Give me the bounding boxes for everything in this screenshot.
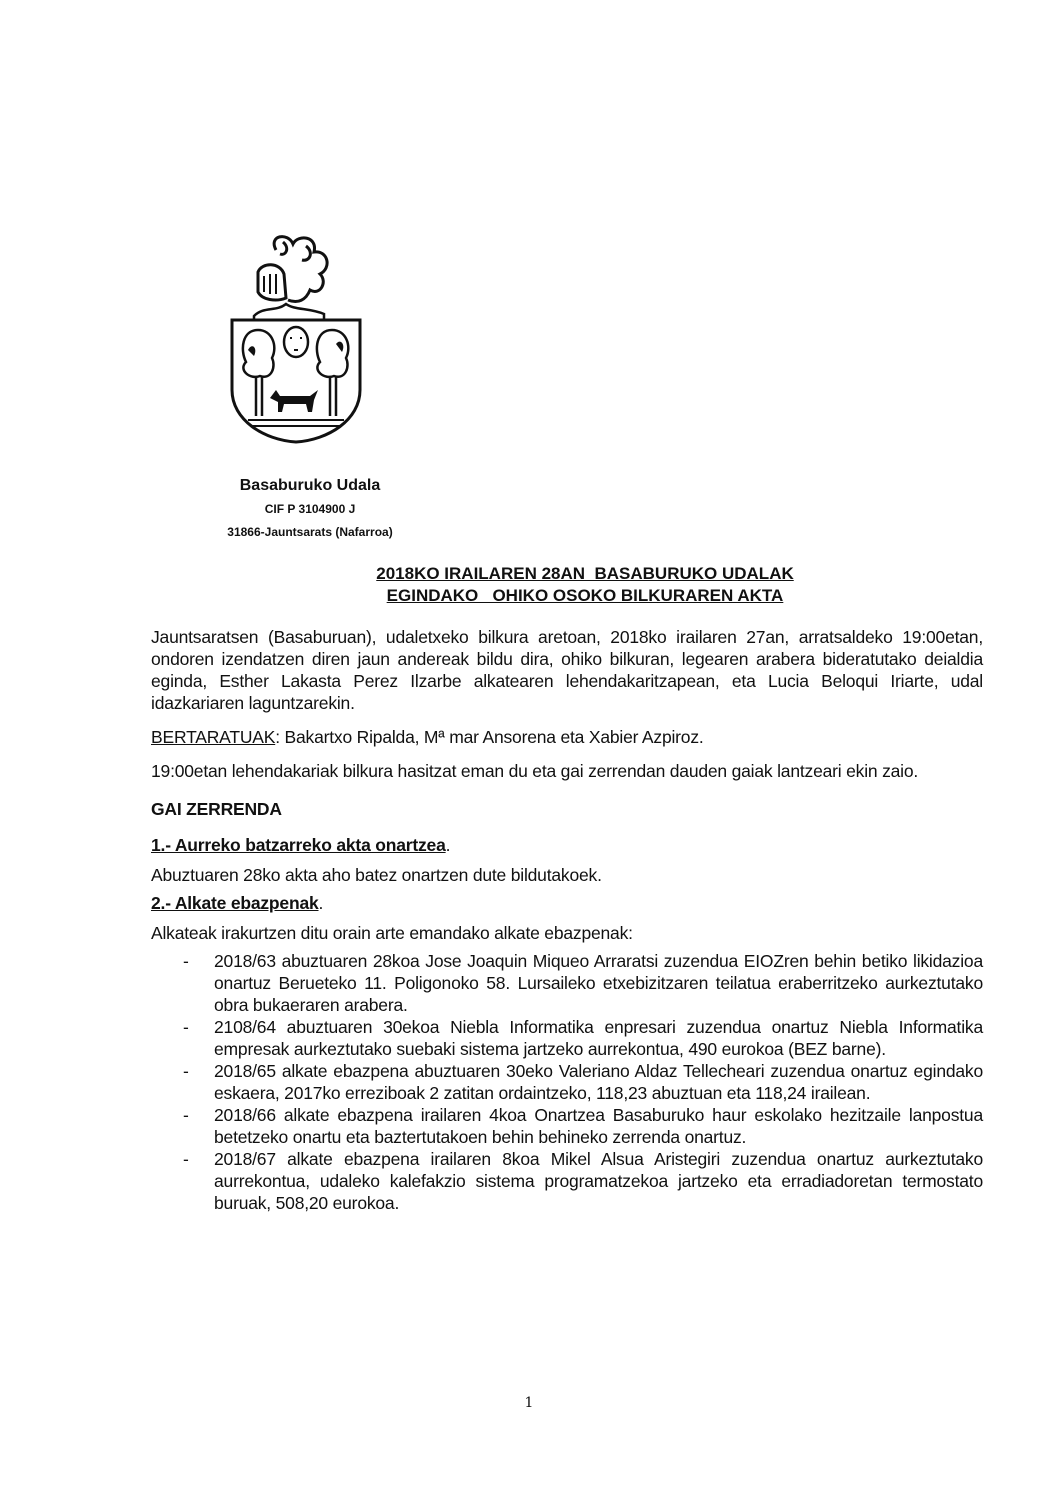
intro-paragraph: Jauntsaratsen (Basaburuan), udaletxeko b… bbox=[151, 626, 983, 714]
document-title: 2018KO IRAILAREN 28AN BASABURUKO UDALAK … bbox=[300, 563, 870, 607]
list-item: -2018/63 abuztuaren 28koa Jose Joaquin M… bbox=[151, 950, 983, 1016]
agenda-item-2-text: Alkateak irakurtzen ditu orain arte eman… bbox=[151, 922, 983, 944]
list-item: -2018/66 alkate ebazpena irailaren 4koa … bbox=[151, 1104, 983, 1148]
list-item: -2108/64 abuztuaren 30ekoa Niebla Inform… bbox=[151, 1016, 983, 1060]
title-line-2: EGINDAKO OHIKO OSOKO BILKURAREN AKTA bbox=[300, 585, 870, 607]
document-body: Jauntsaratsen (Basaburuan), udaletxeko b… bbox=[151, 626, 983, 1214]
bullet-dash: - bbox=[183, 1060, 189, 1082]
bullet-dash: - bbox=[183, 1104, 189, 1126]
page-number: 1 bbox=[0, 1395, 1058, 1411]
resolution-text: 2018/66 alkate ebazpena irailaren 4koa O… bbox=[214, 1105, 983, 1147]
organization-name: Basaburuko Udala bbox=[200, 477, 420, 495]
list-item: -2018/65 alkate ebazpena abuztuaren 30ek… bbox=[151, 1060, 983, 1104]
agenda-item-2-title: 2.- Alkate ebazpenak bbox=[151, 893, 319, 913]
resolution-text: 2018/65 alkate ebazpena abuztuaren 30eko… bbox=[214, 1061, 983, 1103]
resolution-text: 2108/64 abuztuaren 30ekoa Niebla Informa… bbox=[214, 1017, 983, 1059]
cif-number: CIF P 3104900 J bbox=[200, 502, 420, 516]
agenda-item-2-heading: 2.- Alkate ebazpenak. bbox=[151, 892, 983, 914]
agenda-item-1-title: 1.- Aurreko batzarreko akta onartzea bbox=[151, 835, 446, 855]
resolutions-list: -2018/63 abuztuaren 28koa Jose Joaquin M… bbox=[151, 950, 983, 1214]
agenda-item-1-text: Abuztuaren 28ko akta aho batez onartzen … bbox=[151, 864, 983, 886]
coat-of-arms-icon bbox=[228, 230, 364, 445]
bullet-dash: - bbox=[183, 950, 189, 972]
attendees-list: : Bakartxo Ripalda, Mª mar Ansorena eta … bbox=[275, 727, 703, 747]
title-line-1: 2018KO IRAILAREN 28AN BASABURUKO UDALAK bbox=[300, 563, 870, 585]
attendees-paragraph: BERTARATUAK: Bakartxo Ripalda, Mª mar An… bbox=[151, 726, 983, 748]
resolution-text: 2018/67 alkate ebazpena irailaren 8koa M… bbox=[214, 1149, 983, 1213]
address: 31866-Jauntsarats (Nafarroa) bbox=[200, 525, 420, 539]
agenda-heading: GAI ZERRENDA bbox=[151, 798, 983, 820]
list-item: -2018/67 alkate ebazpena irailaren 8koa … bbox=[151, 1148, 983, 1214]
bullet-dash: - bbox=[183, 1148, 189, 1170]
opening-paragraph: 19:00etan lehendakariak bilkura hasitzat… bbox=[151, 760, 983, 782]
resolution-text: 2018/63 abuztuaren 28koa Jose Joaquin Mi… bbox=[214, 951, 983, 1015]
agenda-item-1-heading: 1.- Aurreko batzarreko akta onartzea. bbox=[151, 834, 983, 856]
attendees-label: BERTARATUAK bbox=[151, 727, 275, 747]
bullet-dash: - bbox=[183, 1016, 189, 1038]
